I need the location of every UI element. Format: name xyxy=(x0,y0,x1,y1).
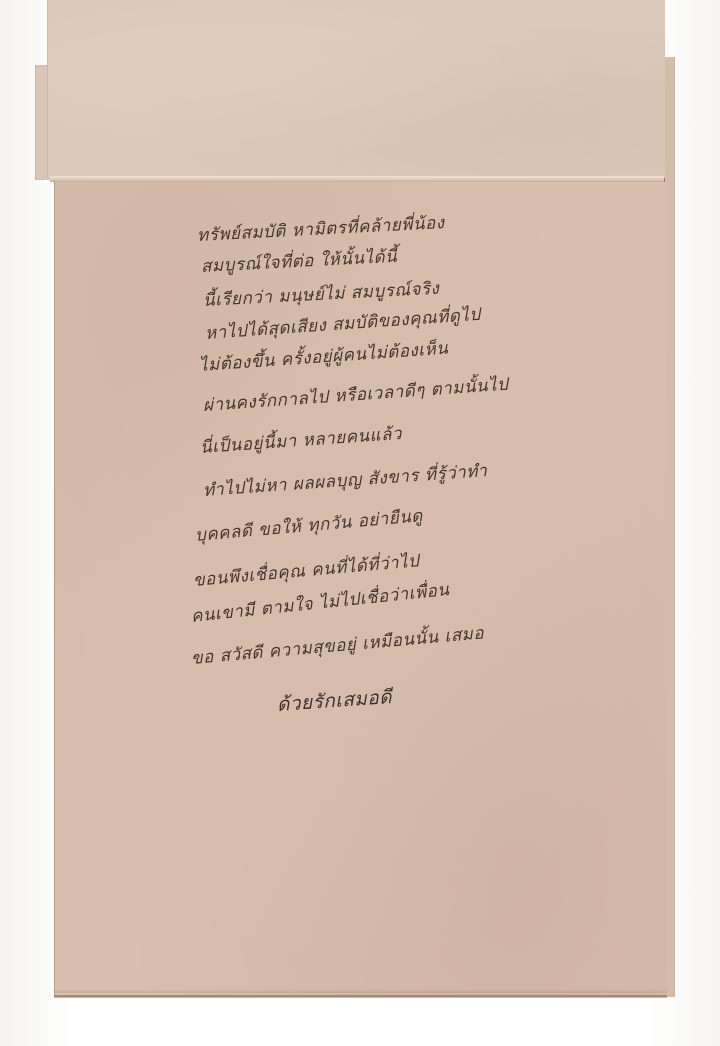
folded-top-flap xyxy=(47,0,665,178)
letter-sheet xyxy=(54,182,667,997)
